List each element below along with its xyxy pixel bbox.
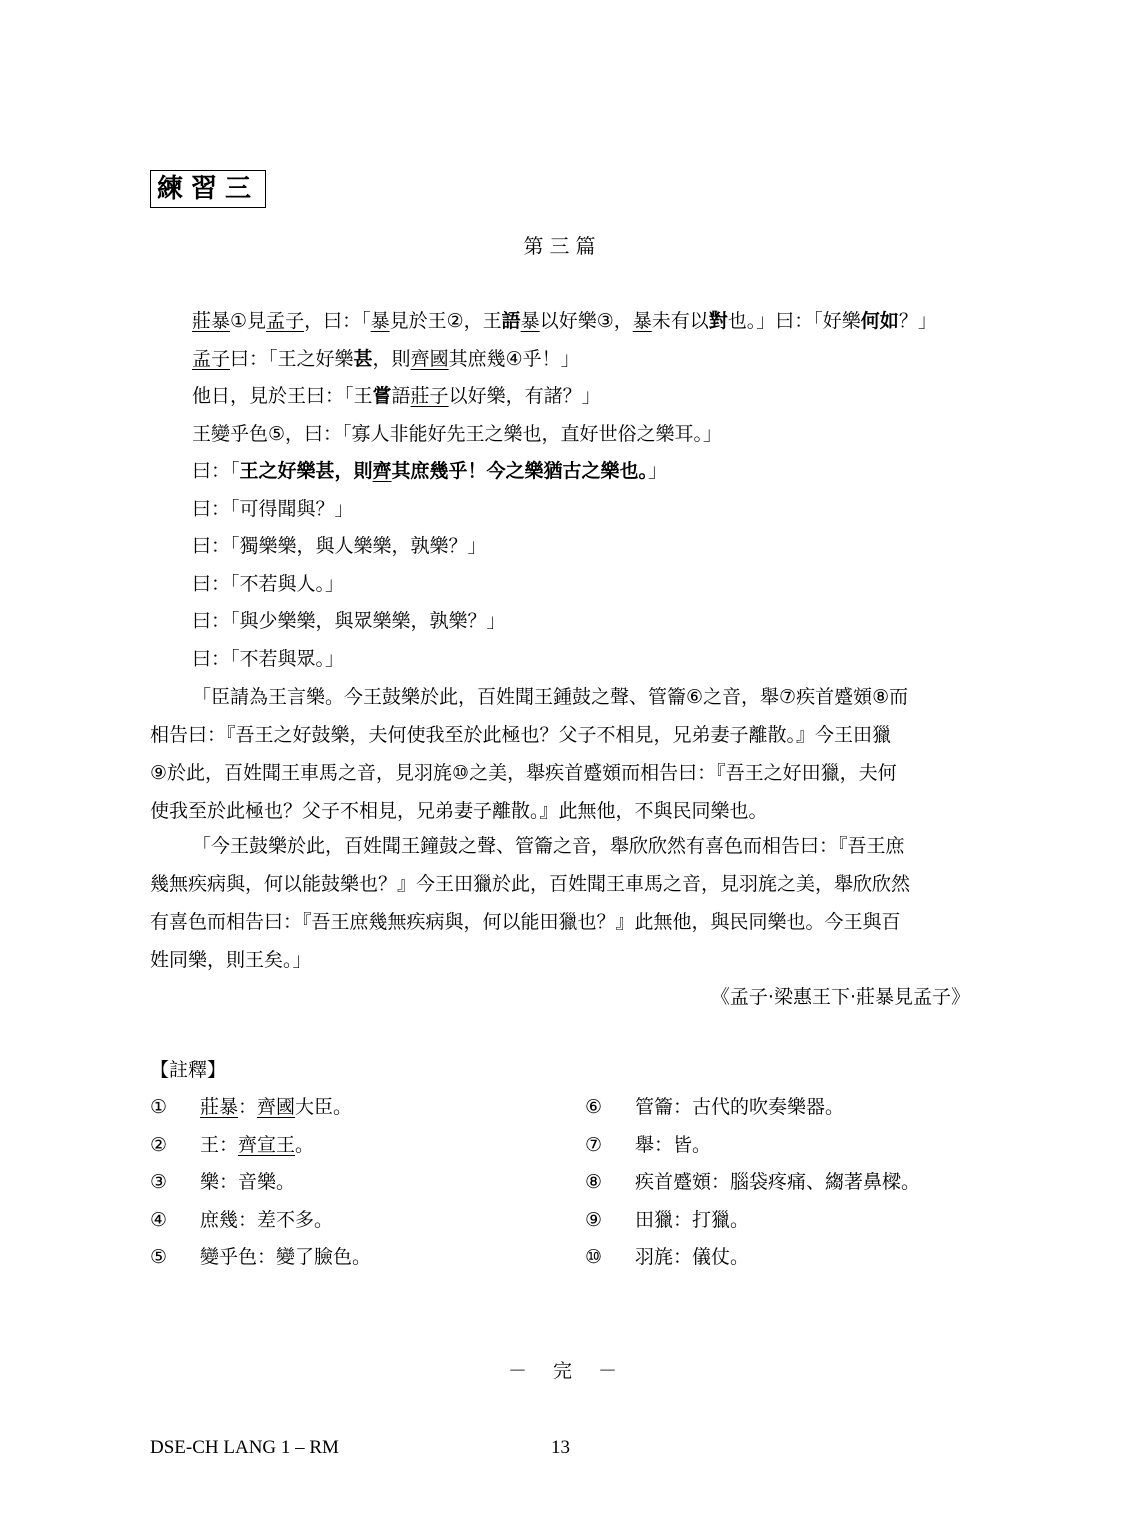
note-number: ② xyxy=(150,1130,180,1160)
note-number: ⑧ xyxy=(585,1167,615,1197)
text-segment: 也。」曰：「好樂 xyxy=(728,310,861,332)
text-segment: 語 xyxy=(502,310,521,332)
text-segment: 曰：「 xyxy=(192,460,240,482)
text-segment: 他日，見於王曰：「王 xyxy=(192,385,373,407)
text-segment: 其庶幾④乎！」 xyxy=(449,348,580,370)
text-segment: 見於王②，王 xyxy=(390,310,502,332)
text-segment: 曰：「可得聞與？」 xyxy=(192,498,354,520)
paragraph-line: 「臣請為王言樂。今王鼓樂於此，百姓聞王鍾鼓之聲、管籥⑥之音，舉⑦疾首蹙頞⑧而 xyxy=(150,678,980,716)
text-segment: 曰：「與少樂樂，與眾樂樂，孰樂？」 xyxy=(192,610,506,632)
text-segment: 其庶幾乎！今之樂猶古之樂也。 xyxy=(392,460,649,482)
paragraph-line: 「今王鼓樂於此，百姓聞王鐘鼓之聲、管籥之音，舉欣欣然有喜色而相告曰：『吾王庶 xyxy=(150,827,980,865)
text-segment: 暴 xyxy=(521,310,540,332)
text-segment: 王之好樂甚，則 xyxy=(240,460,373,482)
text-segment: 以好樂，有諸？」 xyxy=(449,385,601,407)
text-segment: 變乎色：變了臉色。 xyxy=(200,1246,371,1268)
text-segment: 對 xyxy=(709,310,728,332)
note-text: 樂：音樂。 xyxy=(200,1167,295,1197)
text-segment: 未有以 xyxy=(652,310,709,332)
text-segment: 暴 xyxy=(633,310,652,332)
text-segment: 管籥：古代的吹奏樂器。 xyxy=(635,1096,844,1118)
paragraph-1: 「臣請為王言樂。今王鼓樂於此，百姓聞王鍾鼓之聲、管籥⑥之音，舉⑦疾首蹙頞⑧而相告… xyxy=(150,678,980,830)
note-text: 王：齊宣王。 xyxy=(200,1130,314,1160)
text-segment: 莊子 xyxy=(411,385,449,407)
notes-heading: 【註釋】 xyxy=(150,1055,226,1085)
dialogue-line: 曰：「王之好樂甚，則齊其庶幾乎！今之樂猶古之樂也。」 xyxy=(150,453,980,491)
end-mark: － 完 － xyxy=(0,1356,1125,1386)
footer-code: DSE-CH LANG 1 – RM xyxy=(150,1437,339,1459)
text-segment: 王： xyxy=(200,1134,238,1156)
text-segment: 疾首蹙頞：腦袋疼痛、縐著鼻樑。 xyxy=(635,1171,920,1193)
dialogue-line: 莊暴①見孟子，曰：「暴見於王②，王語暴以好樂③，暴未有以對也。」曰：「好樂何如？… xyxy=(150,303,980,341)
note-number: ③ xyxy=(150,1167,180,1197)
text-segment: ？」 xyxy=(899,310,937,332)
text-segment: 庶幾：差不多。 xyxy=(200,1209,333,1231)
passage-title: 第三篇 xyxy=(0,232,1125,260)
paragraph-line: ⑨於此，百姓聞王車馬之音，見羽旄⑩之美，舉疾首蹙頞而相告曰：『吾王之好田獵，夫何 xyxy=(150,754,980,792)
paragraph-line: 有喜色而相告曰：『吾王庶幾無疾病與，何以能田獵也？』此無他，與民同樂也。今王與百 xyxy=(150,903,980,941)
text-segment: ，曰：「 xyxy=(304,310,371,332)
text-segment: 王變乎色⑤，曰：「寡人非能好先王之樂也，直好世俗之樂耳。」 xyxy=(192,423,722,445)
paragraph-line: 姓同樂，則王矣。」 xyxy=(150,941,980,979)
note-number: ① xyxy=(150,1092,180,1122)
text-segment: 暴 xyxy=(371,310,390,332)
text-segment: 齊國 xyxy=(411,348,449,370)
dialogue-line: 王變乎色⑤，曰：「寡人非能好先王之樂也，直好世俗之樂耳。」 xyxy=(150,416,980,454)
note-text: 舉：皆。 xyxy=(635,1130,711,1160)
text-segment: 大臣。 xyxy=(295,1096,352,1118)
dialogue-line: 曰：「獨樂樂，與人樂樂，孰樂？」 xyxy=(150,528,980,566)
text-segment: 莊暴 xyxy=(200,1096,238,1118)
text-segment: ①見 xyxy=(230,310,266,332)
paragraph-line: 使我至於此極也？父子不相見，兄弟妻子離散。』此無他，不與民同樂也。 xyxy=(150,792,980,830)
dialogue-line: 曰：「不若與眾。」 xyxy=(150,641,980,679)
text-segment: 孟子 xyxy=(192,348,230,370)
text-segment: 何如 xyxy=(861,310,899,332)
text-segment: 甚 xyxy=(354,348,373,370)
exercise-title: 練習三 xyxy=(150,170,266,208)
note-number: ⑦ xyxy=(585,1130,615,1160)
note-text: 田獵：打獵。 xyxy=(635,1205,749,1235)
dialogue-lines: 莊暴①見孟子，曰：「暴見於王②，王語暴以好樂③，暴未有以對也。」曰：「好樂何如？… xyxy=(150,303,980,678)
text-segment: 以好樂③， xyxy=(540,310,633,332)
text-segment: 曰：「不若與人。」 xyxy=(192,573,344,595)
text-segment: 。 xyxy=(295,1134,314,1156)
text-segment: ： xyxy=(238,1096,257,1118)
dialogue-line: 曰：「不若與人。」 xyxy=(150,566,980,604)
text-segment: 莊暴 xyxy=(192,310,230,332)
note-text: 變乎色：變了臉色。 xyxy=(200,1242,371,1272)
text-segment: 曰：「獨樂樂，與人樂樂，孰樂？」 xyxy=(192,535,487,557)
note-text: 莊暴：齊國大臣。 xyxy=(200,1092,352,1122)
document-page: 練習三 第三篇 莊暴①見孟子，曰：「暴見於王②，王語暴以好樂③，暴未有以對也。」… xyxy=(0,0,1125,1538)
text-segment: 樂：音樂。 xyxy=(200,1171,295,1193)
text-segment: 」 xyxy=(648,460,667,482)
note-number: ⑨ xyxy=(585,1205,615,1235)
text-segment: 曰：「王之好樂 xyxy=(230,348,354,370)
note-number: ⑤ xyxy=(150,1242,180,1272)
paragraph-2: 「今王鼓樂於此，百姓聞王鐘鼓之聲、管籥之音，舉欣欣然有喜色而相告曰：『吾王庶幾無… xyxy=(150,827,980,979)
text-segment: 齊 xyxy=(373,460,392,482)
text-segment: 齊宣王 xyxy=(238,1134,295,1156)
dialogue-line: 孟子曰：「王之好樂甚，則齊國其庶幾④乎！」 xyxy=(150,341,980,379)
note-number: ⑩ xyxy=(585,1242,615,1272)
note-text: 疾首蹙頞：腦袋疼痛、縐著鼻樑。 xyxy=(635,1167,920,1197)
text-segment: 語 xyxy=(392,385,411,407)
paragraph-line: 相告曰：『吾王之好鼓樂，夫何使我至於此極也？父子不相見，兄弟妻子離散。』今王田獵 xyxy=(150,716,980,754)
dialogue-line: 他日，見於王曰：「王嘗語莊子以好樂，有諸？」 xyxy=(150,378,980,416)
dialogue-line: 曰：「與少樂樂，與眾樂樂，孰樂？」 xyxy=(150,603,980,641)
dialogue-line: 曰：「可得聞與？」 xyxy=(150,491,980,529)
text-segment: 舉：皆。 xyxy=(635,1134,711,1156)
note-text: 管籥：古代的吹奏樂器。 xyxy=(635,1092,844,1122)
note-number: ④ xyxy=(150,1205,180,1235)
text-segment: 孟子 xyxy=(266,310,304,332)
note-text: 羽旄：儀仗。 xyxy=(635,1242,749,1272)
note-text: 庶幾：差不多。 xyxy=(200,1205,333,1235)
text-segment: 曰：「不若與眾。」 xyxy=(192,648,344,670)
text-segment: 嘗 xyxy=(373,385,392,407)
note-number: ⑥ xyxy=(585,1092,615,1122)
text-segment: 羽旄：儀仗。 xyxy=(635,1246,749,1268)
text-segment: ，則 xyxy=(373,348,411,370)
text-segment: 齊國 xyxy=(257,1096,295,1118)
text-segment: 田獵：打獵。 xyxy=(635,1209,749,1231)
source-citation: 《孟子‧梁惠王下‧莊暴見孟子》 xyxy=(711,982,970,1012)
page-number: 13 xyxy=(551,1437,570,1459)
paragraph-line: 幾無疾病與，何以能鼓樂也？』今王田獵於此，百姓聞王車馬之音，見羽旄之美，舉欣欣然 xyxy=(150,865,980,903)
